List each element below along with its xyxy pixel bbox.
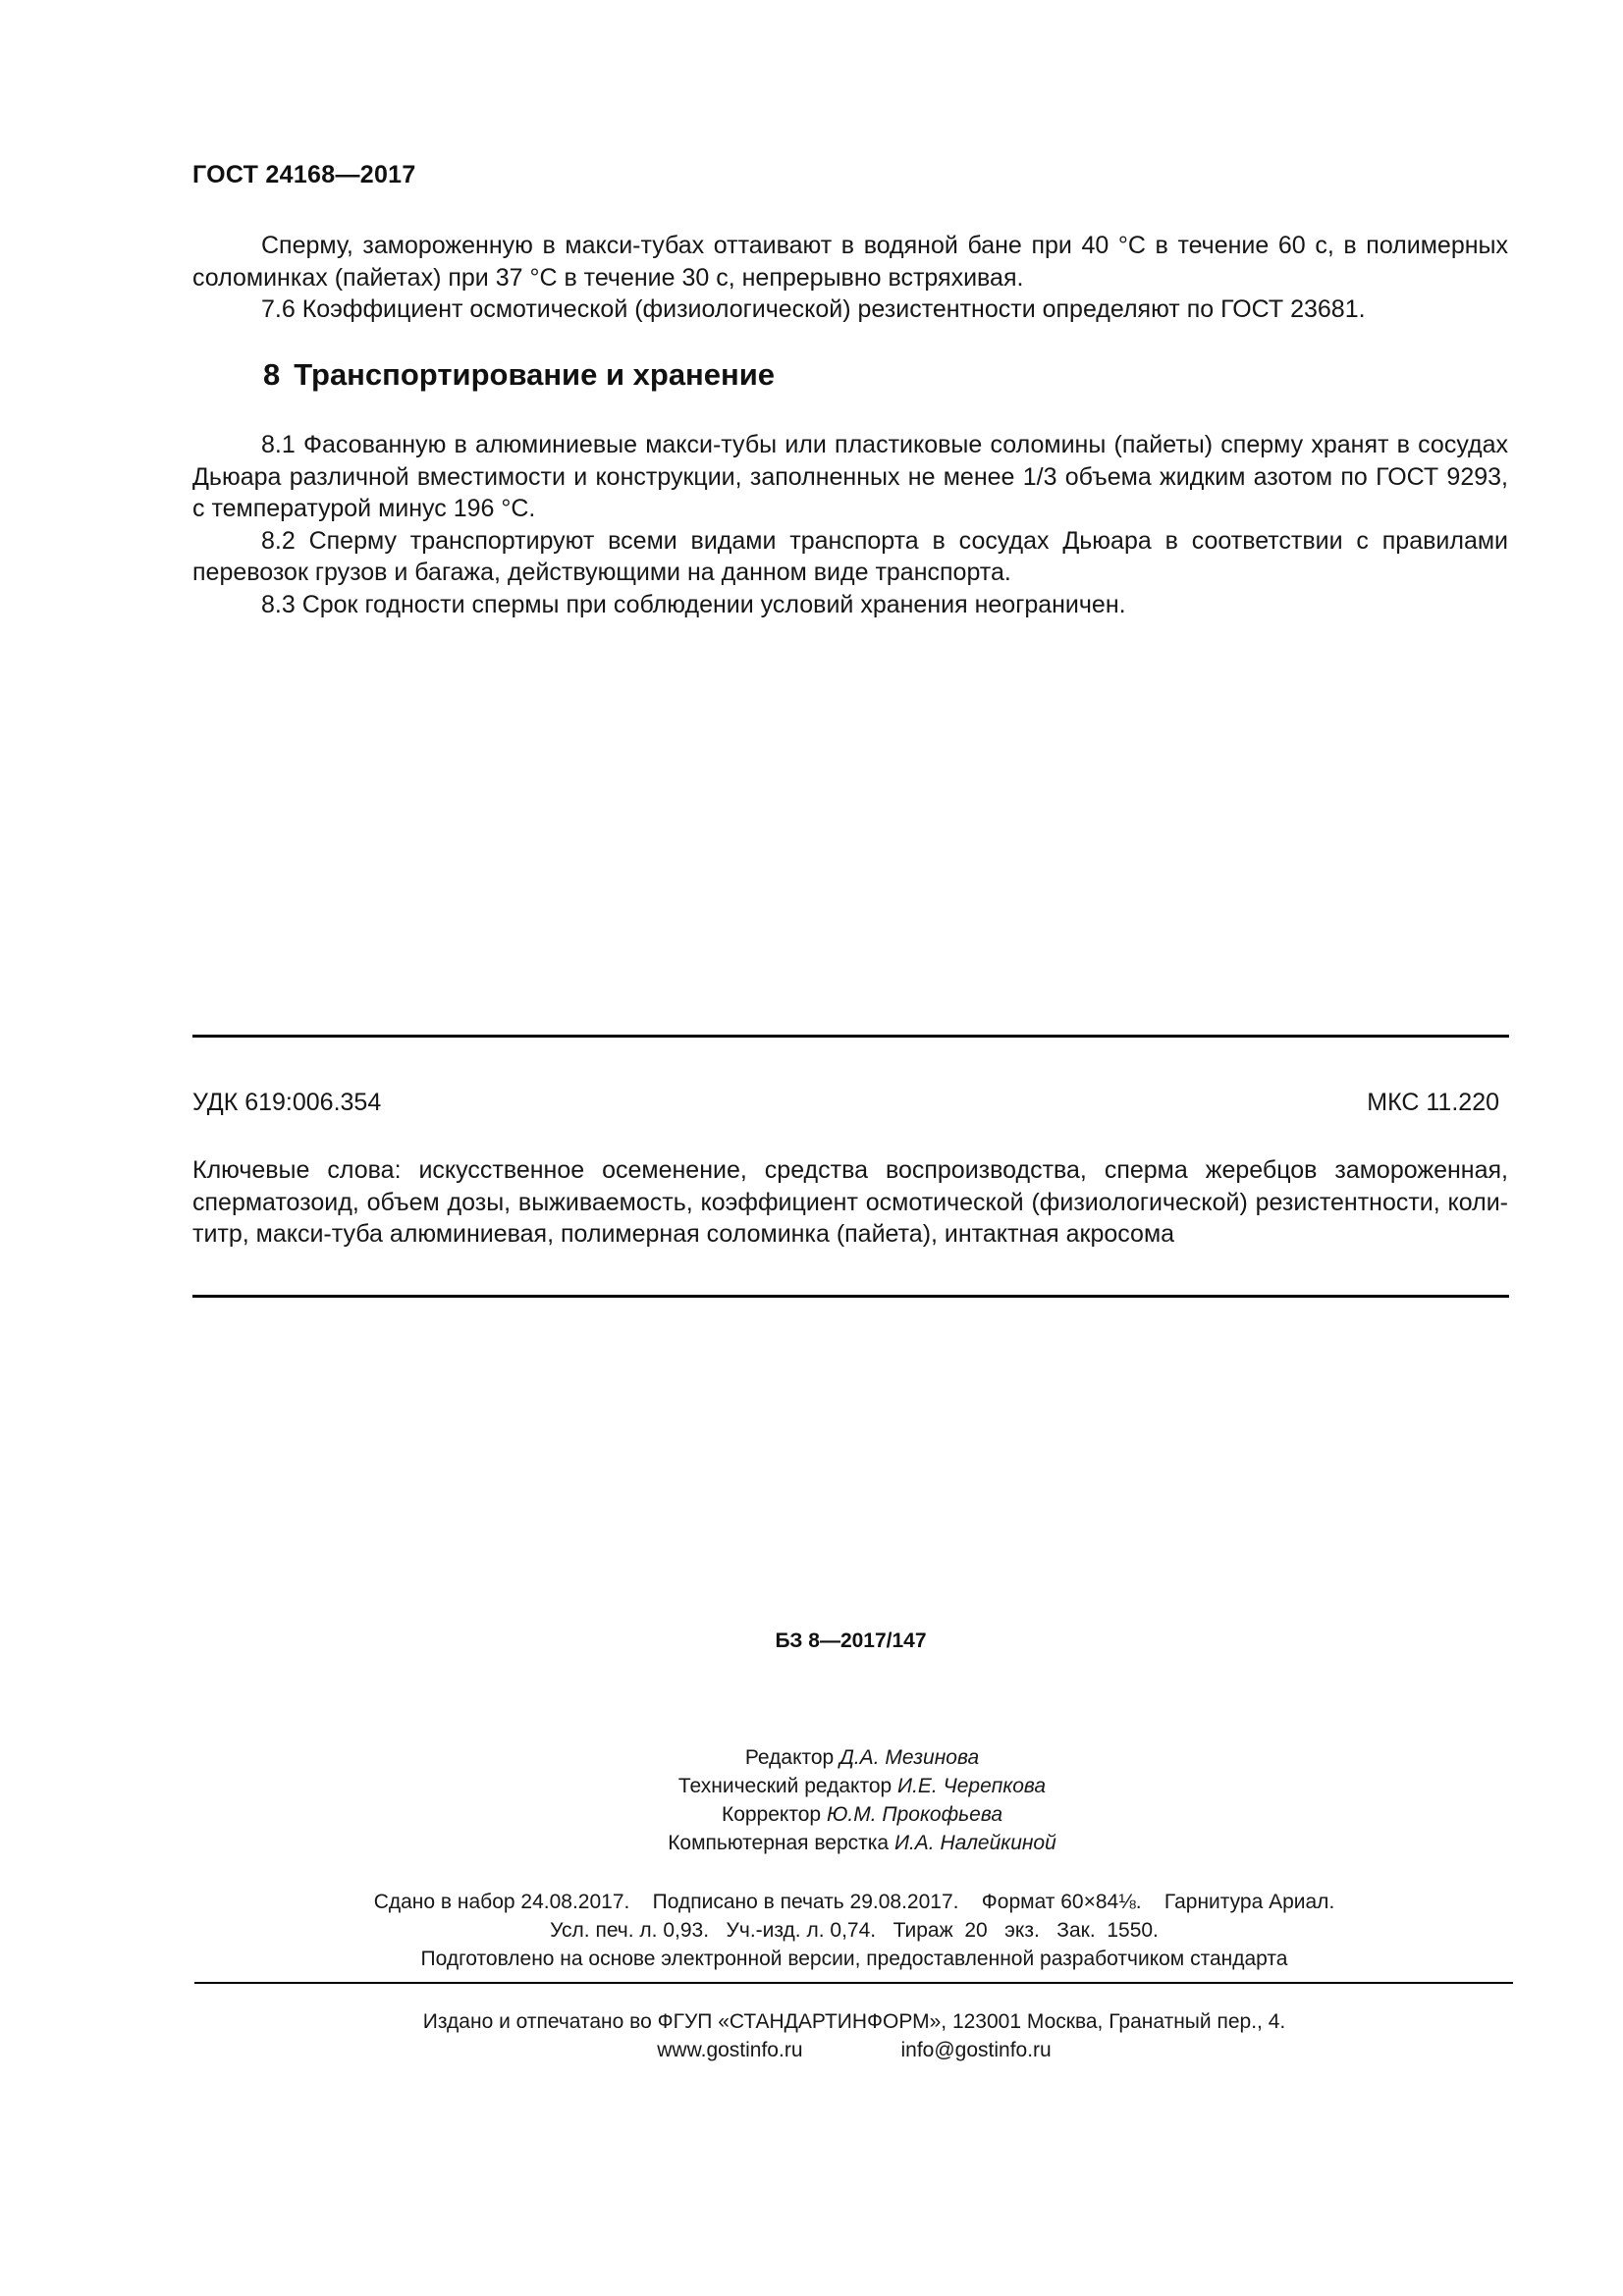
credit-name: Ю.М. Прокофьева [827, 1803, 1002, 1826]
credit-tech-editor: Технический редактор И.Е. Черепкова [0, 1772, 1623, 1800]
mks-code: МКС 11.220 [1367, 1089, 1499, 1117]
credit-role: Компьютерная верстка [668, 1832, 889, 1854]
credit-corrector: Корректор Ю.М. Прокофьева [0, 1800, 1623, 1829]
bz-number: БЗ 8—2017/147 [0, 1629, 1623, 1653]
paragraph-8-2: 8.2 Сперму транспортируют всеми видами т… [192, 525, 1508, 589]
divider-bottom [192, 1295, 1509, 1298]
publisher-contacts: www.gostinfo.ruinfo@gostinfo.ru [0, 2036, 1623, 2064]
running-head-standard-id: ГОСТ 24168—2017 [192, 161, 416, 189]
credit-name: И.А. Налейкиной [894, 1832, 1056, 1854]
credit-role: Корректор [722, 1803, 821, 1826]
section-number: 8 [263, 357, 280, 392]
credit-name: Д.А. Мезинова [839, 1746, 979, 1769]
credit-editor: Редактор Д.А. Мезинова [0, 1743, 1623, 1772]
divider-top [192, 1035, 1509, 1038]
paragraph-8-3: 8.3 Срок годности спермы при соблюдении … [192, 589, 1508, 621]
publisher-block: Издано и отпечатано во ФГУП «СТАНДАРТИНФ… [0, 2007, 1623, 2064]
paragraph-8-1: 8.1 Фасованную в алюминиевые макси-тубы … [192, 429, 1508, 525]
section-heading: 8Транспортирование и хранение [263, 357, 775, 393]
imprint-source-note: Подготовлено на основе электронной верси… [0, 1945, 1623, 1973]
keywords: Ключевые слова: искусственное осеменение… [192, 1154, 1508, 1251]
divider-colophon [194, 1982, 1513, 1984]
credit-role: Технический редактор [678, 1775, 892, 1797]
credits-block: Редактор Д.А. Мезинова Технический редак… [0, 1743, 1623, 1857]
section-8-text-block: 8.1 Фасованную в алюминиевые макси-тубы … [192, 429, 1508, 620]
credit-name: И.Е. Черепкова [897, 1775, 1046, 1797]
paragraph-7-6: 7.6 Коэффициент осмотической (физиологич… [192, 294, 1508, 326]
document-page: ГОСТ 24168—2017 Сперму, замороженную в м… [0, 0, 1623, 2296]
website-link[interactable]: www.gostinfo.ru [657, 2039, 802, 2061]
publisher-address: Издано и отпечатано во ФГУП «СТАНДАРТИНФ… [0, 2007, 1623, 2036]
credit-layout: Компьютерная верстка И.А. Налейкиной [0, 1829, 1623, 1857]
section-title: Транспортирование и хранение [294, 357, 775, 392]
imprint-block: Сдано в набор 24.08.2017. Подписано в пе… [0, 1888, 1623, 1973]
imprint-volume-run: Усл. печ. л. 0,93. Уч.-изд. л. 0,74. Тир… [0, 1916, 1623, 1945]
paragraph-thawing: Сперму, замороженную в макси-тубах оттаи… [192, 230, 1508, 294]
email-link[interactable]: info@gostinfo.ru [901, 2039, 1052, 2061]
credit-role: Редактор [745, 1746, 839, 1769]
intro-text-block: Сперму, замороженную в макси-тубах оттаи… [192, 230, 1508, 326]
imprint-dates-format: Сдано в набор 24.08.2017. Подписано в пе… [0, 1888, 1623, 1916]
udk-code: УДК 619:006.354 [192, 1089, 381, 1117]
